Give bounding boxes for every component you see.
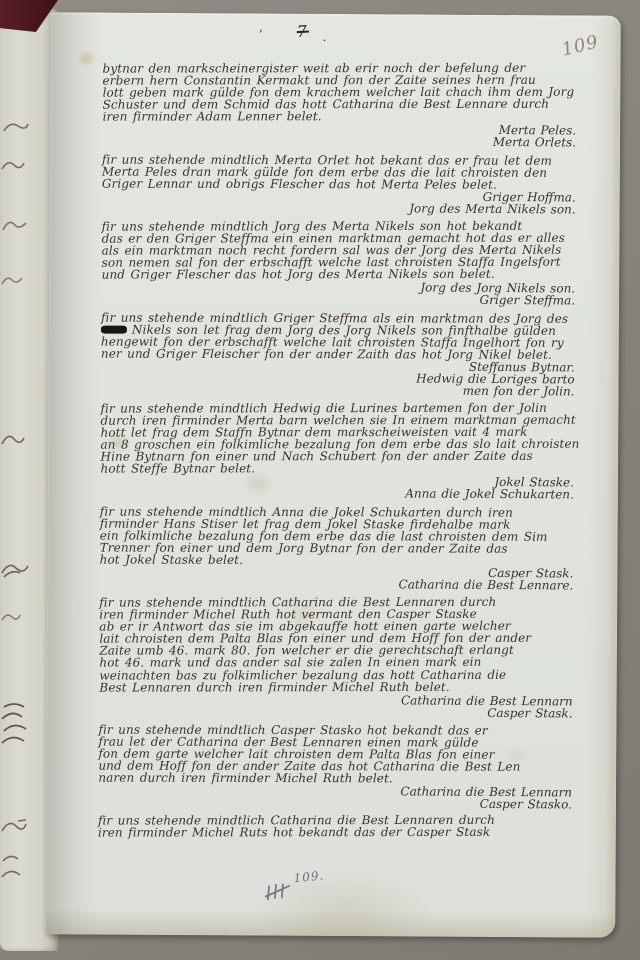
ink-fragment (0, 699, 30, 745)
entry-body: bytnar den markscheinergister weit ab er… (103, 62, 615, 123)
entry-8: fir uns stehende mindtlich Casper Stasko… (98, 724, 611, 811)
entry-body: fir uns stehende mindtlich Griger Steffm… (101, 312, 613, 362)
entry-signatures: Steffanus Bytnar.Hedwig die Loriges bart… (100, 360, 612, 399)
struck-tally-mark (263, 881, 294, 903)
entry-signatures: Griger Hoffma.Jorg des Merta Nikels son. (102, 190, 614, 217)
page-number-top-right: 109 (559, 31, 600, 60)
entry-signatures: Merta Peles.Merta Orlets. (102, 123, 614, 150)
ink-fragment (0, 851, 26, 885)
ink-fragment (0, 557, 30, 579)
top-center-struck-numeral: 7 (296, 22, 309, 42)
entry-signatures: Jokel Staske.Anna die Jokel Schukarten. (100, 475, 612, 502)
top-center-dot: . (323, 30, 327, 44)
entry-signatures: Casper Stask.Catharina die Best Lennare. (99, 566, 611, 593)
entry-3: fir uns stehende mindtlich Jorg des Mert… (101, 221, 614, 308)
ink-fragment (0, 157, 26, 175)
entry-signatures: Catharina die Best LennarnCasper Stask. (99, 693, 611, 720)
entry-body: fir uns stehende mindtlich Jorg des Mert… (102, 220, 614, 281)
ink-fragment (0, 609, 22, 625)
entry-7: fir uns stehende mindtlich Catharina die… (99, 597, 612, 720)
entry-body: fir uns stehende mindtlich Casper Stasko… (98, 724, 610, 786)
top-center-tick-mark: ’ (259, 28, 263, 42)
entry-body: fir uns stehende mindtlich Hedwig die Lu… (100, 401, 612, 474)
page-number-bottom: 109. (293, 868, 325, 885)
entry-1: bytnar den markscheinergister weit ab er… (102, 63, 615, 150)
entry-signatures: Catharina die Best LennarnCasper Stasko. (98, 784, 610, 811)
entry-9: fir uns stehende mindtlich Catharina die… (98, 815, 610, 842)
ink-fragment (0, 817, 28, 837)
manuscript-page: ’ 7 . 109 bytnar den markscheinergister … (45, 12, 621, 937)
entry-signatures (98, 839, 610, 842)
entry-5: fir uns stehende mindtlich Hedwig die Lu… (100, 402, 613, 501)
entry-body: fir uns stehende mindtlich Catharina die… (98, 814, 610, 839)
entry-4: fir uns stehende mindtlich Griger Steffm… (100, 312, 613, 399)
entry-body: fir uns stehende mindtlich Merta Orlet h… (102, 154, 614, 192)
ink-fragment (0, 271, 24, 289)
entry-6: fir uns stehende mindtlich Anna die Joke… (99, 505, 612, 592)
entry-2: fir uns stehende mindtlich Merta Orlet h… (102, 154, 614, 217)
manuscript-text: bytnar den markscheinergister weit ab er… (98, 63, 615, 850)
entry-signatures: Jorg des Jorg Nikels son.Griger Steffma. (101, 281, 613, 308)
ink-fragment (0, 429, 26, 449)
ink-fragment (0, 215, 28, 235)
entry-body: fir uns stehende mindtlich Anna die Joke… (100, 505, 612, 567)
ink-fragment (0, 117, 30, 137)
entry-body: fir uns stehende mindtlich Catharina die… (99, 596, 611, 694)
